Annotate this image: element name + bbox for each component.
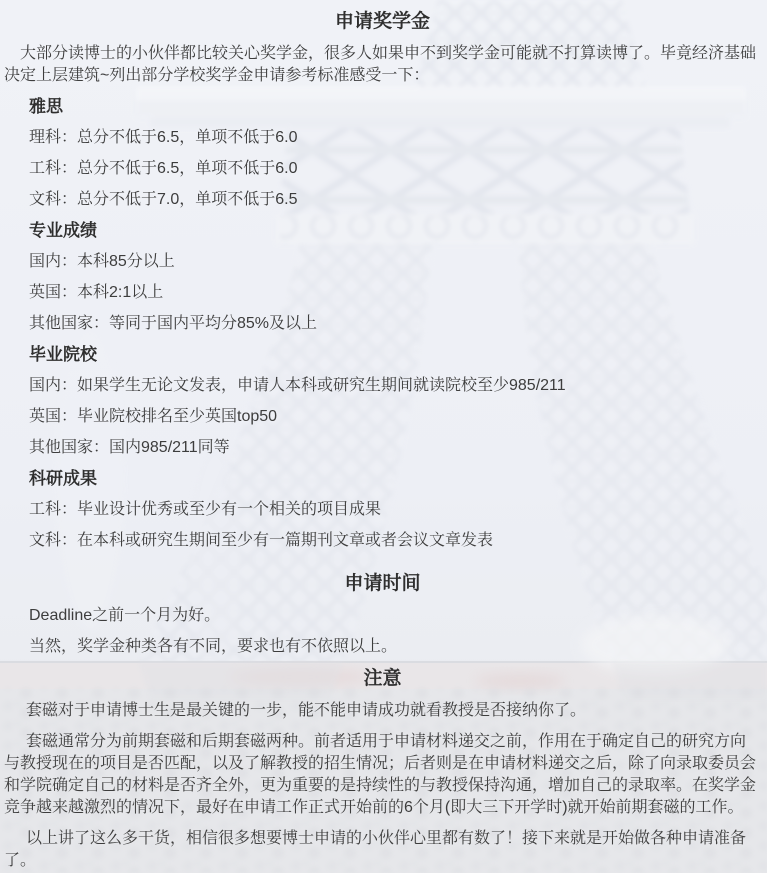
notice-paragraph: 套磁对于申请博士生是最关键的一步，能不能申请成功就看教授是否接纳你了。 [4,700,761,722]
list-item: 理科：总分不低于6.5，单项不低于6.0 [29,127,761,149]
timing-heading: 申请时间 [4,572,761,596]
list-item: 其他国家：等同于国内平均分85%及以上 [29,313,761,335]
notice-paragraph: 以上讲了这么多干货，相信很多想要博士申请的小伙伴心里都有数了！接下来就是开始做各… [4,828,761,872]
section-heading-major-grades: 专业成绩 [29,220,761,242]
section-heading-ielts: 雅思 [29,96,761,118]
list-item: 国内：本科85分以上 [29,251,761,273]
list-item: 工科：毕业设计优秀或至少有一个相关的项目成果 [29,499,761,521]
article-content: 申请奖学金 大部分读博士的小伙伴都比较关心奖学金，很多人如果申不到奖学金可能就不… [0,0,767,872]
section-heading-graduating-school: 毕业院校 [29,344,761,366]
notice-paragraph: 套磁通常分为前期套磁和后期套磁两种。前者适用于申请材料递交之前，作用在于确定自己… [4,731,761,819]
list-item: 文科：总分不低于7.0，单项不低于6.5 [29,189,761,211]
list-item: 其他国家：国内985/211同等 [29,437,761,459]
article-page: 申请奖学金 大部分读博士的小伙伴都比较关心奖学金，很多人如果申不到奖学金可能就不… [0,0,767,873]
list-item: 工科：总分不低于6.5，单项不低于6.0 [29,158,761,180]
timing-paragraph: Deadline之前一个月为好。 [29,605,761,627]
timing-paragraph: 当然，奖学金种类各有不同，要求也有不依照以上。 [29,636,761,658]
list-item: 英国：本科2:1以上 [29,282,761,304]
list-item: 国内：如果学生无论文发表，申请人本科或研究生期间就读院校至少985/211 [29,375,761,397]
page-title: 申请奖学金 [4,10,761,34]
section-heading-research-results: 科研成果 [29,468,761,490]
list-item: 文科：在本科或研究生期间至少有一篇期刊文章或者会议文章发表 [29,530,761,552]
intro-paragraph: 大部分读博士的小伙伴都比较关心奖学金，很多人如果申不到奖学金可能就不打算读博了。… [4,43,761,87]
list-item: 英国：毕业院校排名至少英国top50 [29,406,761,428]
notice-heading: 注意 [4,667,761,691]
